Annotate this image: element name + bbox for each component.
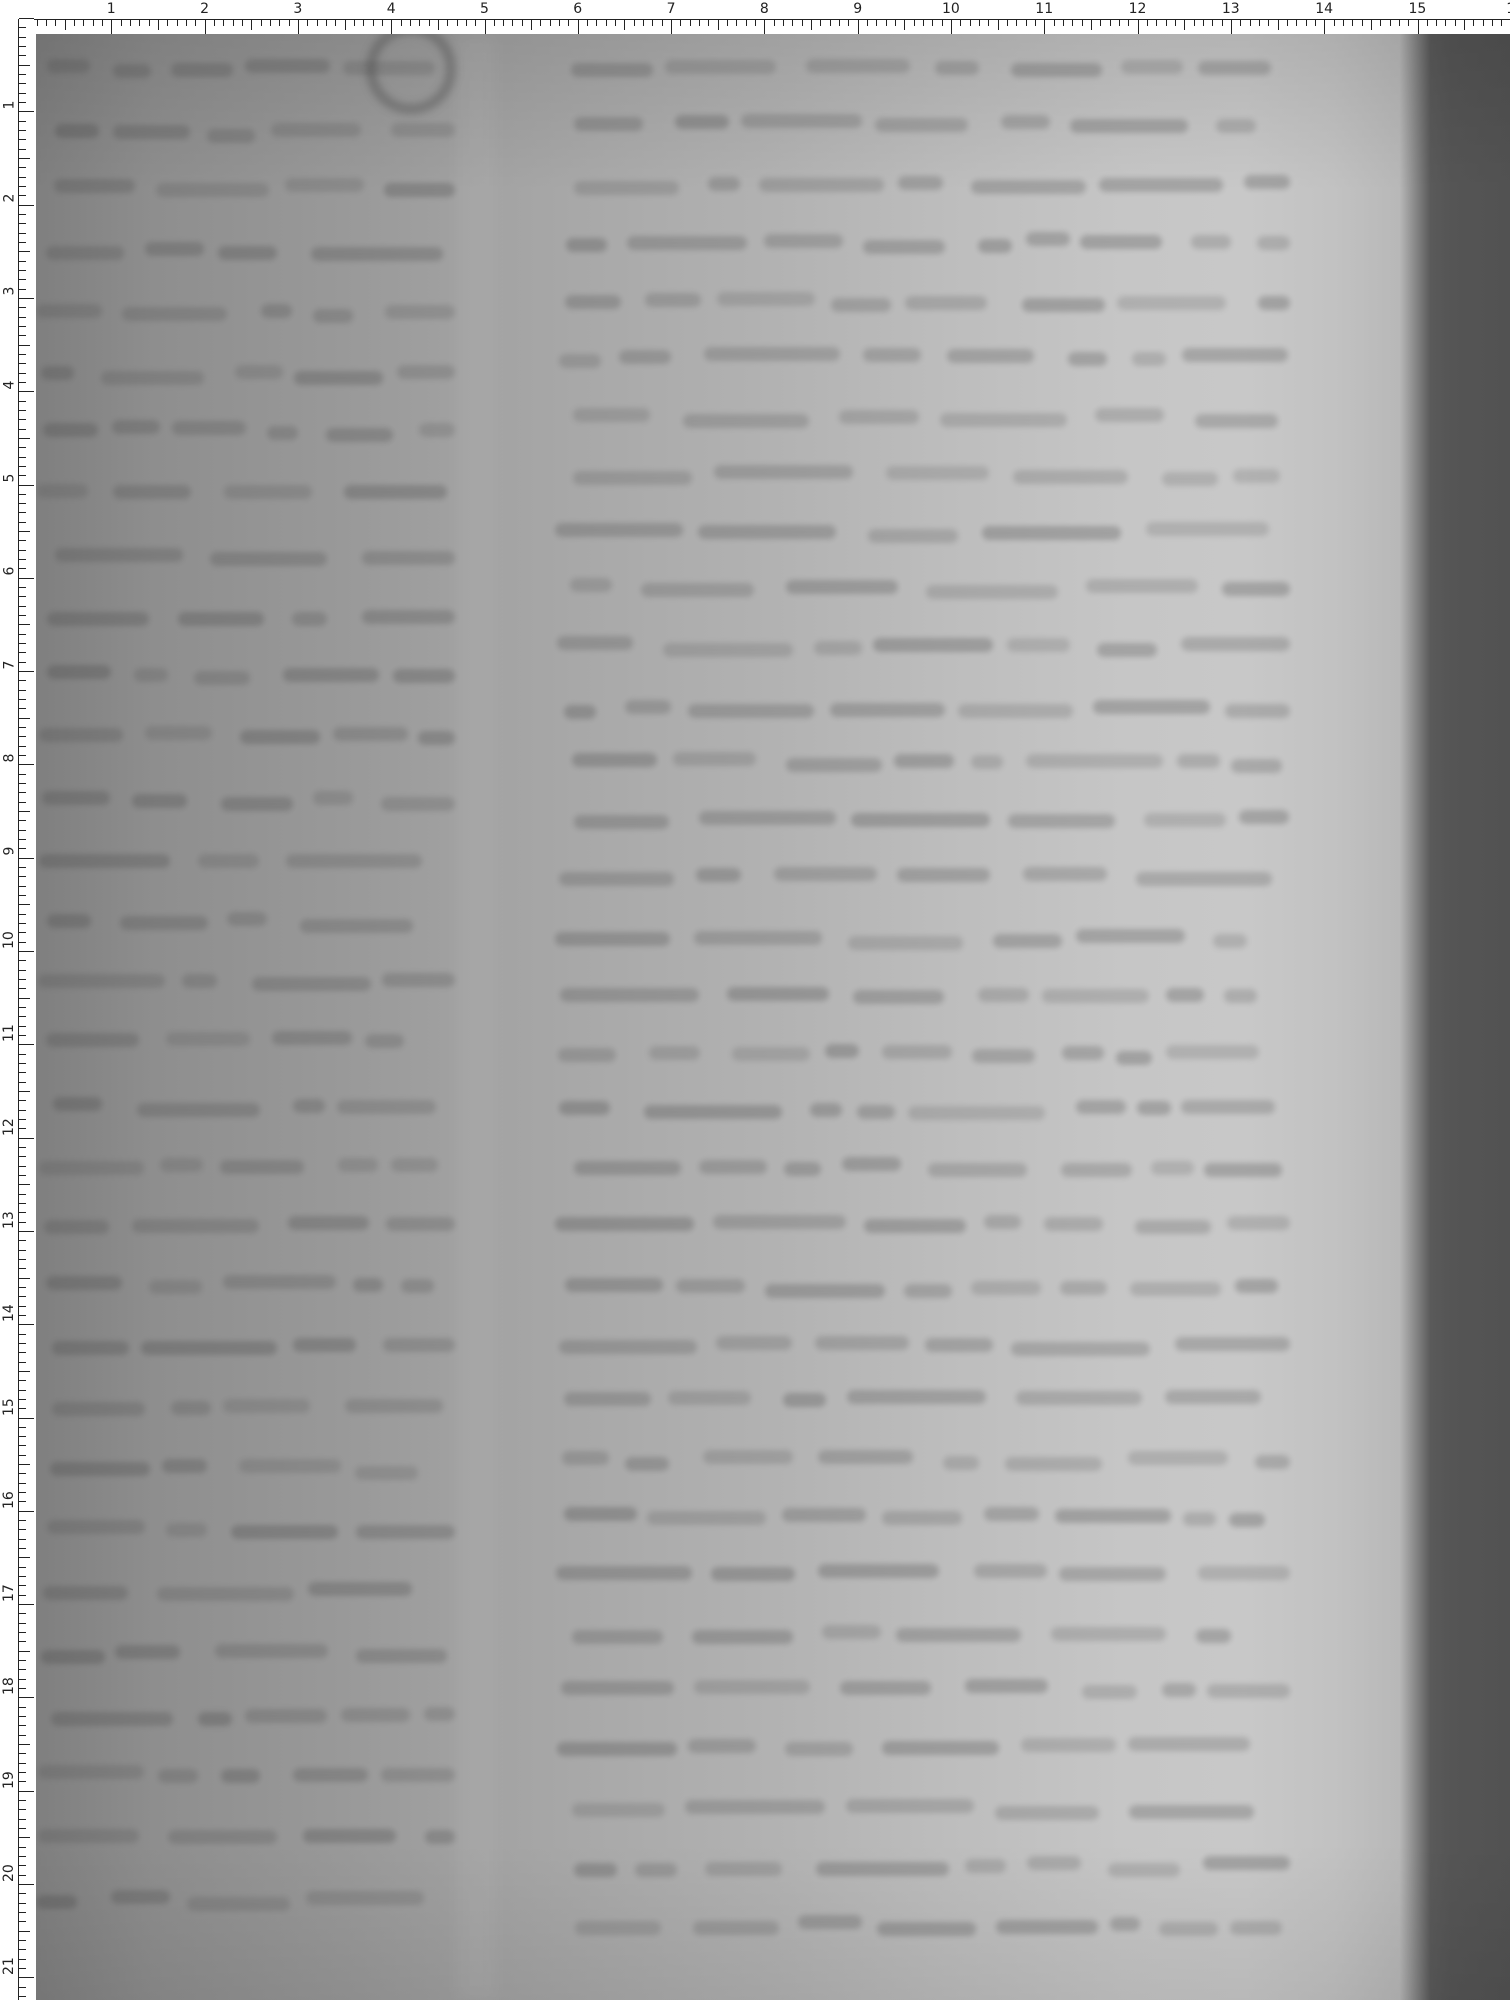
handwriting-stroke bbox=[54, 179, 136, 193]
ruler-tick bbox=[429, 19, 430, 26]
ruler-tick bbox=[540, 19, 541, 26]
ruler-tick bbox=[1408, 19, 1409, 26]
handwriting-stroke bbox=[1165, 1390, 1261, 1404]
handwriting-stroke bbox=[52, 1402, 145, 1416]
ruler-tick bbox=[177, 19, 178, 26]
ruler-tick bbox=[111, 19, 112, 34]
handwriting-stroke bbox=[386, 1217, 455, 1231]
ruler-label: 12 bbox=[1129, 2, 1147, 16]
ruler-tick bbox=[19, 1651, 30, 1652]
handwriting-stroke bbox=[764, 234, 843, 248]
handwriting-stroke bbox=[1110, 1917, 1140, 1931]
handwriting-stroke bbox=[1022, 298, 1105, 312]
handwriting-stroke bbox=[1129, 1805, 1255, 1819]
ruler-tick bbox=[19, 205, 34, 206]
handwriting-stroke bbox=[47, 665, 112, 679]
handwriting-stroke bbox=[39, 854, 170, 868]
ruler-tick bbox=[820, 19, 821, 26]
ruler-tick bbox=[19, 419, 26, 420]
handwriting-stroke bbox=[711, 1567, 795, 1581]
ruler-tick bbox=[1473, 19, 1474, 26]
handwriting-stroke bbox=[1181, 1100, 1275, 1114]
handwriting-stroke bbox=[785, 1742, 853, 1756]
handwriting-stroke bbox=[1062, 1046, 1104, 1060]
handwriting-stroke bbox=[261, 304, 292, 318]
ruler-tick bbox=[19, 1464, 30, 1465]
handwriting-stroke bbox=[663, 643, 793, 657]
handwriting-stroke bbox=[1086, 579, 1198, 593]
handwriting-stroke bbox=[1183, 1512, 1216, 1526]
ruler-tick bbox=[19, 531, 30, 532]
ruler-tick bbox=[1016, 19, 1017, 26]
handwriting-stroke bbox=[240, 730, 320, 744]
ruler-tick bbox=[960, 19, 961, 26]
ruler-tick bbox=[19, 475, 26, 476]
handwriting-stroke bbox=[1175, 1337, 1290, 1351]
handwriting-stroke bbox=[947, 349, 1034, 363]
handwriting-stroke bbox=[818, 1564, 939, 1578]
handwriting-stroke bbox=[47, 1520, 144, 1534]
handwriting-stroke bbox=[1235, 1279, 1278, 1293]
ruler-tick bbox=[19, 27, 26, 28]
ruler-tick bbox=[19, 587, 26, 588]
ruler-tick bbox=[19, 1072, 26, 1073]
ruler-tick bbox=[19, 998, 30, 999]
ruler-tick bbox=[1110, 19, 1111, 26]
ruler-tick bbox=[19, 438, 30, 439]
handwriting-stroke bbox=[853, 990, 944, 1004]
handwriting-stroke bbox=[235, 365, 284, 379]
ruler-tick bbox=[466, 19, 467, 26]
ruler-tick bbox=[19, 802, 26, 803]
handwriting-stroke bbox=[565, 1278, 663, 1292]
ruler-tick bbox=[19, 942, 26, 943]
handwriting-stroke bbox=[1023, 867, 1106, 881]
handwriting-stroke bbox=[574, 815, 669, 829]
handwriting-stroke bbox=[572, 1630, 662, 1644]
handwriting-stroke bbox=[1117, 296, 1225, 310]
handwriting-stroke bbox=[565, 295, 621, 309]
handwriting-stroke bbox=[53, 1097, 101, 1111]
handwriting-stroke bbox=[935, 61, 978, 75]
ruler-tick bbox=[19, 466, 26, 467]
ruler-tick bbox=[1222, 19, 1223, 26]
ruler-tick bbox=[19, 83, 26, 84]
ruler-tick bbox=[727, 19, 728, 26]
ruler-tick bbox=[19, 1921, 26, 1922]
handwriting-stroke bbox=[703, 1450, 793, 1464]
handwriting-stroke bbox=[171, 63, 232, 77]
ruler-tick bbox=[19, 1222, 26, 1223]
ruler-tick bbox=[1418, 19, 1419, 34]
handwriting-stroke bbox=[982, 526, 1121, 540]
handwriting-stroke bbox=[696, 868, 741, 882]
ruler-tick bbox=[522, 19, 523, 26]
ruler-tick bbox=[19, 1679, 26, 1680]
ruler-tick bbox=[1175, 19, 1176, 26]
ruler-tick bbox=[19, 1082, 26, 1083]
ruler-tick bbox=[186, 19, 187, 26]
ruler-tick bbox=[419, 19, 420, 26]
handwriting-stroke bbox=[141, 1341, 277, 1355]
ruler-tick bbox=[149, 19, 150, 26]
ruler-tick bbox=[19, 447, 26, 448]
handwriting-stroke bbox=[1027, 1856, 1082, 1870]
ruler-tick bbox=[19, 1166, 26, 1167]
ruler-tick bbox=[19, 876, 26, 877]
ruler-tick bbox=[19, 1175, 26, 1176]
ruler-tick bbox=[19, 643, 26, 644]
ruler-tick bbox=[19, 662, 26, 663]
handwriting-stroke bbox=[798, 1915, 863, 1929]
ruler-tick bbox=[19, 1539, 26, 1540]
ruler-tick bbox=[19, 1184, 30, 1185]
ruler-tick bbox=[19, 1604, 34, 1605]
ruler-tick bbox=[531, 19, 532, 30]
handwriting-stroke bbox=[1231, 759, 1282, 773]
ruler-label: 15 bbox=[1409, 2, 1427, 16]
ruler-tick bbox=[19, 1735, 26, 1736]
handwriting-stroke bbox=[786, 758, 882, 772]
ruler-tick bbox=[1352, 19, 1353, 26]
handwriting-stroke bbox=[425, 1830, 455, 1844]
ruler-tick bbox=[19, 1940, 26, 1941]
ruler-tick bbox=[19, 755, 26, 756]
ruler-tick bbox=[550, 19, 551, 26]
handwriting-stroke bbox=[825, 1044, 859, 1058]
ruler-tick bbox=[139, 19, 140, 26]
ruler-tick bbox=[1203, 19, 1204, 26]
handwriting-stroke bbox=[1061, 1163, 1132, 1177]
ruler-label: 4 bbox=[2, 380, 16, 389]
ruler-tick bbox=[19, 1856, 26, 1857]
handwriting-stroke bbox=[294, 371, 383, 385]
handwriting-stroke bbox=[1095, 408, 1163, 422]
ruler-tick bbox=[19, 1744, 30, 1745]
ruler-tick bbox=[19, 233, 26, 234]
ruler-tick bbox=[19, 1362, 26, 1363]
handwriting-stroke bbox=[774, 867, 877, 881]
ruler-tick bbox=[19, 1884, 34, 1885]
handwriting-stroke bbox=[293, 1768, 367, 1782]
handwriting-stroke bbox=[362, 551, 455, 565]
ruler-tick bbox=[19, 326, 26, 327]
ruler-tick bbox=[1091, 19, 1092, 30]
ruler-tick bbox=[19, 1828, 26, 1829]
ruler-tick bbox=[19, 1669, 26, 1670]
handwriting-stroke bbox=[1108, 1863, 1180, 1877]
ruler-tick bbox=[19, 1613, 26, 1614]
handwriting-stroke bbox=[971, 755, 1003, 769]
ruler-tick bbox=[65, 19, 66, 30]
ruler-tick bbox=[652, 19, 653, 26]
ruler-tick bbox=[662, 19, 663, 26]
handwriting-stroke bbox=[896, 1628, 1022, 1642]
handwriting-stroke bbox=[1007, 638, 1070, 652]
ruler-tick bbox=[1436, 19, 1437, 26]
ruler-tick bbox=[746, 19, 747, 26]
ruler-tick bbox=[19, 55, 26, 56]
ruler-tick bbox=[1296, 19, 1297, 26]
ruler-tick bbox=[19, 1483, 26, 1484]
ruler-tick bbox=[19, 1800, 26, 1801]
ruler-tick bbox=[1445, 19, 1446, 26]
ruler-label: 14 bbox=[1315, 2, 1333, 16]
handwriting-stroke bbox=[564, 1392, 651, 1406]
handwriting-stroke bbox=[381, 797, 455, 811]
handwriting-stroke bbox=[337, 1100, 436, 1114]
ruler-tick bbox=[19, 1194, 26, 1195]
handwriting-stroke bbox=[46, 1276, 122, 1290]
handwriting-stroke bbox=[1207, 1684, 1290, 1698]
ruler-tick bbox=[19, 1688, 26, 1689]
handwriting-stroke bbox=[1135, 1220, 1211, 1234]
handwriting-stroke bbox=[306, 1891, 424, 1905]
ruler-tick bbox=[923, 19, 924, 26]
handwriting-stroke bbox=[1230, 1921, 1282, 1935]
handwriting-stroke bbox=[47, 914, 91, 928]
ruler-tick bbox=[1119, 19, 1120, 26]
ruler-tick bbox=[19, 624, 30, 625]
ruler-tick bbox=[1324, 19, 1325, 34]
ruler-tick bbox=[19, 1772, 26, 1773]
handwriting-stroke bbox=[557, 1742, 678, 1756]
handwriting-stroke bbox=[818, 1450, 912, 1464]
handwriting-stroke bbox=[566, 238, 607, 252]
ruler-tick bbox=[19, 1548, 26, 1549]
handwriting-stroke bbox=[288, 1216, 369, 1230]
handwriting-stroke bbox=[1093, 700, 1210, 714]
handwriting-stroke bbox=[882, 1741, 999, 1755]
ruler-tick bbox=[401, 19, 402, 26]
handwriting-stroke bbox=[1239, 810, 1289, 824]
ruler-tick bbox=[233, 19, 234, 26]
handwriting-stroke bbox=[52, 1341, 129, 1355]
ruler-label: 19 bbox=[2, 1771, 16, 1789]
ruler-tick bbox=[93, 19, 94, 26]
handwriting-stroke bbox=[218, 246, 278, 260]
ruler-tick bbox=[1455, 19, 1456, 26]
ruler-tick bbox=[998, 19, 999, 30]
ruler-tick bbox=[19, 1931, 30, 1932]
handwriting-stroke bbox=[1059, 1567, 1166, 1581]
handwriting-stroke bbox=[365, 1034, 405, 1048]
handwriting-stroke bbox=[239, 1459, 341, 1473]
handwriting-stroke bbox=[782, 1508, 866, 1522]
handwriting-stroke bbox=[223, 1275, 336, 1289]
ruler-tick bbox=[19, 1418, 34, 1419]
handwriting-stroke bbox=[732, 1047, 810, 1061]
handwriting-stroke bbox=[558, 1048, 617, 1062]
handwriting-stroke bbox=[156, 183, 269, 197]
handwriting-stroke bbox=[353, 1278, 383, 1292]
ruler-tick bbox=[19, 270, 26, 271]
ruler-tick bbox=[37, 19, 38, 26]
handwriting-stroke bbox=[806, 59, 910, 73]
handwriting-stroke bbox=[198, 1712, 233, 1726]
ruler-tick bbox=[568, 19, 569, 26]
ruler-tick bbox=[19, 1203, 26, 1204]
ruler-tick bbox=[19, 354, 26, 355]
ruler-tick bbox=[270, 19, 271, 26]
ruler-tick bbox=[512, 19, 513, 26]
handwriting-stroke bbox=[978, 988, 1029, 1002]
handwriting-stroke bbox=[46, 246, 124, 260]
ruler-tick bbox=[19, 1623, 26, 1624]
ruler-tick bbox=[19, 1716, 26, 1717]
ruler-tick bbox=[205, 19, 206, 34]
ruler-tick bbox=[475, 19, 476, 26]
ruler-tick bbox=[19, 457, 26, 458]
handwriting-stroke bbox=[713, 1215, 846, 1229]
ruler-tick bbox=[1138, 19, 1139, 34]
handwriting-stroke bbox=[166, 1523, 206, 1537]
ruler-tick bbox=[102, 19, 103, 26]
handwriting-stroke bbox=[717, 292, 815, 306]
handwriting-stroke bbox=[145, 726, 211, 740]
ruler-tick bbox=[19, 1520, 26, 1521]
ruler-tick bbox=[1063, 19, 1064, 26]
ruler-tick bbox=[19, 1296, 26, 1297]
ruler-label: 3 bbox=[2, 287, 16, 296]
ruler-tick bbox=[19, 1044, 34, 1045]
handwriting-stroke bbox=[759, 178, 884, 192]
ruler-tick bbox=[19, 279, 26, 280]
handwriting-stroke bbox=[271, 123, 361, 137]
ruler-tick bbox=[19, 46, 26, 47]
ruler-label: 1 bbox=[1506, 2, 1510, 16]
ruler-tick bbox=[19, 652, 26, 653]
handwriting-stroke bbox=[1181, 637, 1290, 651]
handwriting-stroke bbox=[311, 247, 443, 261]
handwriting-stroke bbox=[1162, 1683, 1196, 1697]
handwriting-stroke bbox=[38, 974, 166, 988]
handwriting-stroke bbox=[556, 1566, 691, 1580]
handwriting-stroke bbox=[1233, 469, 1280, 483]
handwriting-stroke bbox=[572, 1803, 665, 1817]
ruler-tick bbox=[251, 19, 252, 30]
ruler-tick bbox=[19, 1959, 26, 1960]
handwriting-stroke bbox=[698, 525, 836, 539]
ruler-tick bbox=[19, 718, 30, 719]
handwriting-stroke bbox=[115, 1645, 180, 1659]
ruler-tick bbox=[19, 410, 26, 411]
handwriting-stroke bbox=[571, 63, 653, 77]
ruler-label: 13 bbox=[2, 1211, 16, 1229]
handwriting-stroke bbox=[1099, 178, 1223, 192]
handwriting-stroke bbox=[1076, 929, 1185, 943]
handwriting-stroke bbox=[1121, 60, 1183, 74]
handwriting-stroke bbox=[645, 293, 701, 307]
ruler-tick bbox=[1380, 19, 1381, 26]
handwriting-stroke bbox=[815, 1336, 909, 1350]
handwriting-stroke bbox=[1042, 989, 1149, 1003]
handwriting-stroke bbox=[1213, 934, 1247, 948]
ruler-tick bbox=[19, 1595, 26, 1596]
ruler-tick bbox=[19, 1585, 26, 1586]
handwriting-stroke bbox=[1128, 1451, 1229, 1465]
handwriting-stroke bbox=[765, 1284, 885, 1298]
ruler-tick bbox=[1399, 19, 1400, 26]
ruler-tick bbox=[19, 1240, 26, 1241]
ruler-tick bbox=[19, 727, 26, 728]
ruler-label: 8 bbox=[2, 753, 16, 762]
ruler-tick bbox=[223, 19, 224, 26]
ruler-tick bbox=[19, 932, 26, 933]
handwriting-stroke bbox=[574, 1863, 618, 1877]
handwriting-stroke bbox=[1244, 175, 1290, 189]
handwriting-stroke bbox=[644, 1105, 783, 1119]
ruler-label: 2 bbox=[200, 2, 209, 16]
ruler-tick bbox=[811, 19, 812, 30]
ruler-tick bbox=[19, 93, 26, 94]
handwriting-stroke bbox=[272, 1031, 352, 1045]
handwriting-stroke bbox=[221, 1769, 260, 1783]
ruler-tick bbox=[19, 1819, 26, 1820]
handwriting-stroke bbox=[685, 1800, 825, 1814]
ruler-tick bbox=[19, 578, 34, 579]
handwriting-stroke bbox=[397, 365, 455, 379]
ruler-tick bbox=[19, 1352, 26, 1353]
handwriting-stroke bbox=[122, 307, 227, 321]
ruler-tick bbox=[1166, 19, 1167, 26]
handwriting-stroke bbox=[1203, 1856, 1290, 1870]
ruler-tick bbox=[19, 1212, 26, 1213]
handwriting-stroke bbox=[38, 1765, 144, 1779]
ruler-tick bbox=[19, 1977, 34, 1978]
handwriting-stroke bbox=[993, 934, 1062, 948]
ruler-tick bbox=[19, 1837, 30, 1838]
handwriting-stroke bbox=[1005, 1457, 1102, 1471]
handwriting-stroke bbox=[162, 1459, 207, 1473]
ruler-tick bbox=[19, 708, 26, 709]
handwriting-stroke bbox=[573, 408, 650, 422]
handwriting-stroke bbox=[1011, 1342, 1150, 1356]
ruler-tick bbox=[19, 261, 26, 262]
handwriting-stroke bbox=[333, 727, 408, 741]
ruler-tick bbox=[559, 19, 560, 26]
handwriting-stroke bbox=[665, 60, 776, 74]
ruler-tick bbox=[19, 951, 34, 952]
ruler-tick bbox=[19, 596, 26, 597]
ruler-tick bbox=[19, 391, 34, 392]
handwriting-stroke bbox=[635, 1863, 677, 1877]
handwriting-stroke bbox=[393, 669, 455, 683]
handwriting-stroke bbox=[43, 1586, 129, 1600]
ruler-tick bbox=[19, 867, 26, 868]
handwriting-stroke bbox=[714, 465, 853, 479]
handwriting-stroke bbox=[1229, 1513, 1265, 1527]
ruler-tick bbox=[1268, 19, 1269, 26]
handwriting-stroke bbox=[573, 471, 692, 485]
handwriting-stroke bbox=[863, 348, 920, 362]
handwriting-stroke bbox=[905, 296, 987, 310]
ruler-label: 13 bbox=[1222, 2, 1240, 16]
handwriting-stroke bbox=[559, 1340, 697, 1354]
handwriting-stroke bbox=[207, 129, 256, 143]
ruler-label: 6 bbox=[2, 567, 16, 576]
ruler-label: 7 bbox=[2, 660, 16, 669]
ruler-tick bbox=[19, 195, 26, 196]
handwriting-stroke bbox=[1166, 1045, 1259, 1059]
ruler-tick bbox=[19, 242, 26, 243]
ruler-tick bbox=[19, 699, 26, 700]
handwriting-stroke bbox=[1255, 1455, 1290, 1469]
ruler-tick bbox=[1334, 19, 1335, 26]
handwriting-stroke bbox=[1198, 61, 1272, 75]
vertical-ruler: 123456789101112131415161718192021 bbox=[0, 0, 34, 2000]
handwriting-stroke bbox=[326, 428, 393, 442]
